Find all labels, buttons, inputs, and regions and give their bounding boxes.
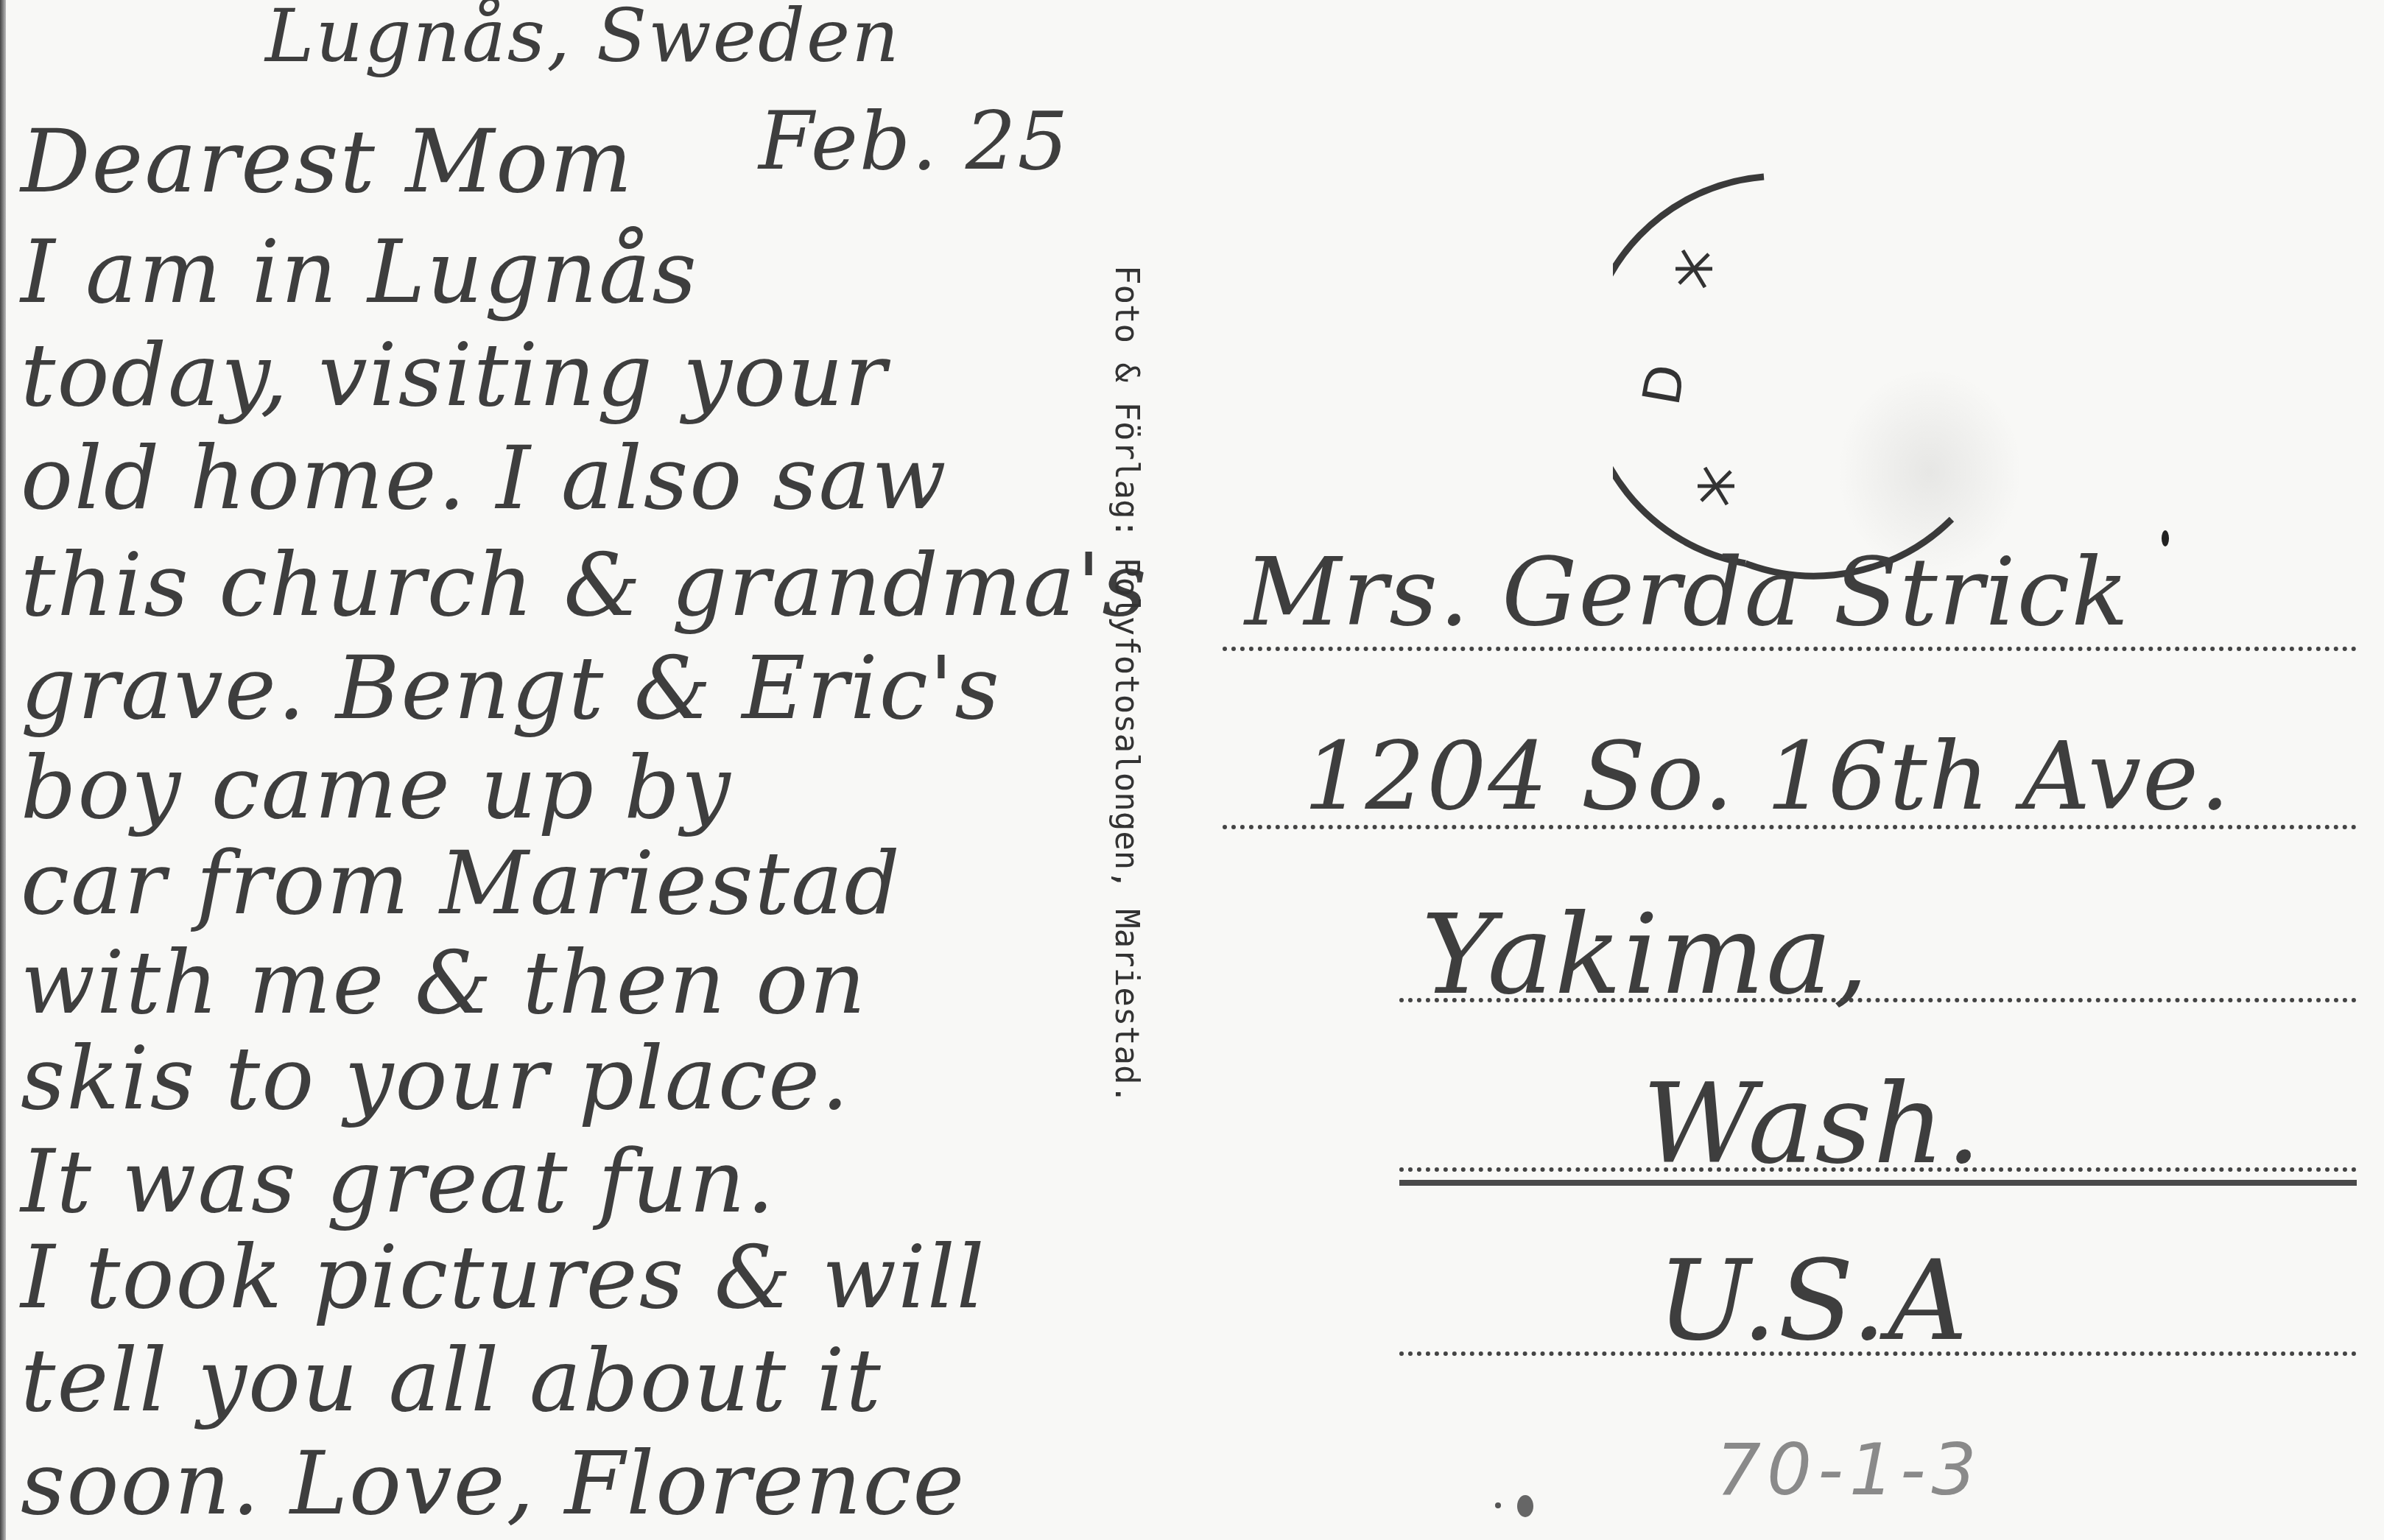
postcard-back: Lugnås, Sweden Feb. 25 Dearest Mom I am … (0, 0, 2384, 1540)
message-line: I am in Lugnås (21, 221, 698, 323)
address-rule (1223, 825, 2357, 829)
ink-speck (1517, 1495, 1533, 1517)
address-rule (1399, 998, 2357, 1002)
card-edge (0, 0, 6, 1540)
address-rule-solid (1399, 1180, 2357, 1186)
ink-speck (1495, 1502, 1501, 1508)
ink-speck (2162, 530, 2169, 546)
message-line: this church & grandma's (21, 534, 1148, 636)
address-rule (1223, 647, 2357, 651)
salutation: Dearest Mom (21, 110, 633, 212)
recipient-name: Mrs. Gerda Strick (1245, 538, 2130, 647)
postmark-icon: D (1613, 173, 1996, 586)
publisher-imprint: Foto & Förlag: Polyfotosalongen, Mariest… (1108, 265, 1145, 1104)
message-line: boy came up by (21, 736, 732, 838)
message-line: skis to your place. (21, 1027, 851, 1129)
postmark-letter: D (1631, 360, 1698, 409)
reference-number: 70-1-3 (1716, 1429, 1983, 1511)
address-rule (1399, 1167, 2357, 1172)
address-rule (1399, 1351, 2357, 1356)
message-line: tell you all about it (21, 1329, 882, 1431)
message-line: car from Mariestad (21, 832, 901, 934)
message-line: I took pictures & will (21, 1226, 985, 1328)
letter-date: Feb. 25 (759, 96, 1069, 188)
message-line: today, visiting your (21, 324, 887, 426)
message-line: old home. I also saw (21, 427, 948, 529)
place-header: Lugnås, Sweden (265, 0, 901, 79)
recipient-country: U.S.A (1657, 1237, 1969, 1365)
message-line: It was great fun. (21, 1131, 776, 1232)
message-line: with me & then on (21, 932, 867, 1033)
recipient-street: 1204 So. 16th Ave. (1304, 722, 2232, 831)
message-line: grave. Bengt & Eric's (21, 637, 1001, 739)
message-line: soon. Love, Florence (21, 1432, 966, 1534)
